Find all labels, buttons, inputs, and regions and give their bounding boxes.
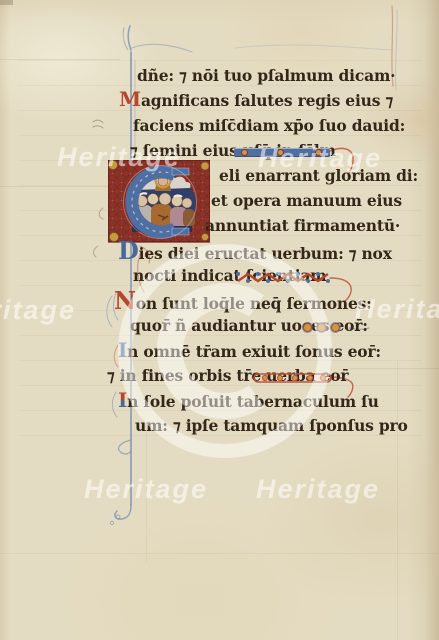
line-text: on ſunt loq̄le neq̄ ſermones: [136,294,372,313]
text-line: eli enarrant gloriam di: [219,166,418,188]
manuscript-photo: dñe: ⁊ nōi tuo pſalmum dicam· Magnifican… [0,0,439,640]
line-text: et opera manuum eius [211,191,402,210]
text-line: Dies diei eructat uerbum: ⁊ nox [118,241,392,263]
text-line: faciens miſc̄diam xp̄o ſuo dauid: [133,116,405,138]
line-text: ies diei eructat uerbum: ⁊ nox [139,244,392,263]
text-line: dñe: ⁊ nōi tuo pſalmum dicam· [137,66,395,88]
line-filler-scroll [253,372,333,384]
versal-initial: I [118,388,127,412]
line-filler-zigzag [236,271,331,285]
line-filler-circles [303,323,349,333]
line-text: n omnē tr̄am exiuit ſonus eor̄: [127,342,381,361]
historiated-initial-miniature [108,160,210,244]
versal-initial: I [118,338,127,362]
line-text: eli enarrant gloriam di: [219,166,418,185]
line-text: annuntiat firmamentū· [205,216,400,235]
line-text: agnificans ſalutes regis eius ⁊ [141,91,393,110]
line-text: n ſole poſuit tabernaculum ſu [127,392,379,411]
text-line: In omnē tr̄am exiuit ſonus eor̄: [118,341,381,363]
text-line: et opera manuum eius [211,191,402,213]
text-line: annuntiat firmamentū· [205,216,400,238]
versal-initial: M [119,87,141,111]
text-line: Magnificans ſalutes regis eius ⁊ [119,90,393,112]
line-text: um: ⁊ ipſe tamquam ſponſus pro [135,416,408,435]
line-filler-bar [234,148,330,157]
line-text: dñe: ⁊ nōi tuo pſalmum dicam· [137,66,395,85]
versal-initial: D [118,236,139,265]
versal-initial: N [114,286,136,315]
text-line: Non ſunt loq̄le neq̄ ſermones: [114,291,372,313]
text-line: In ſole poſuit tabernaculum ſu [118,391,379,413]
line-text: faciens miſc̄diam xp̄o ſuo dauid: [133,116,405,135]
text-line: um: ⁊ ipſe tamquam ſponſus pro [135,416,408,438]
